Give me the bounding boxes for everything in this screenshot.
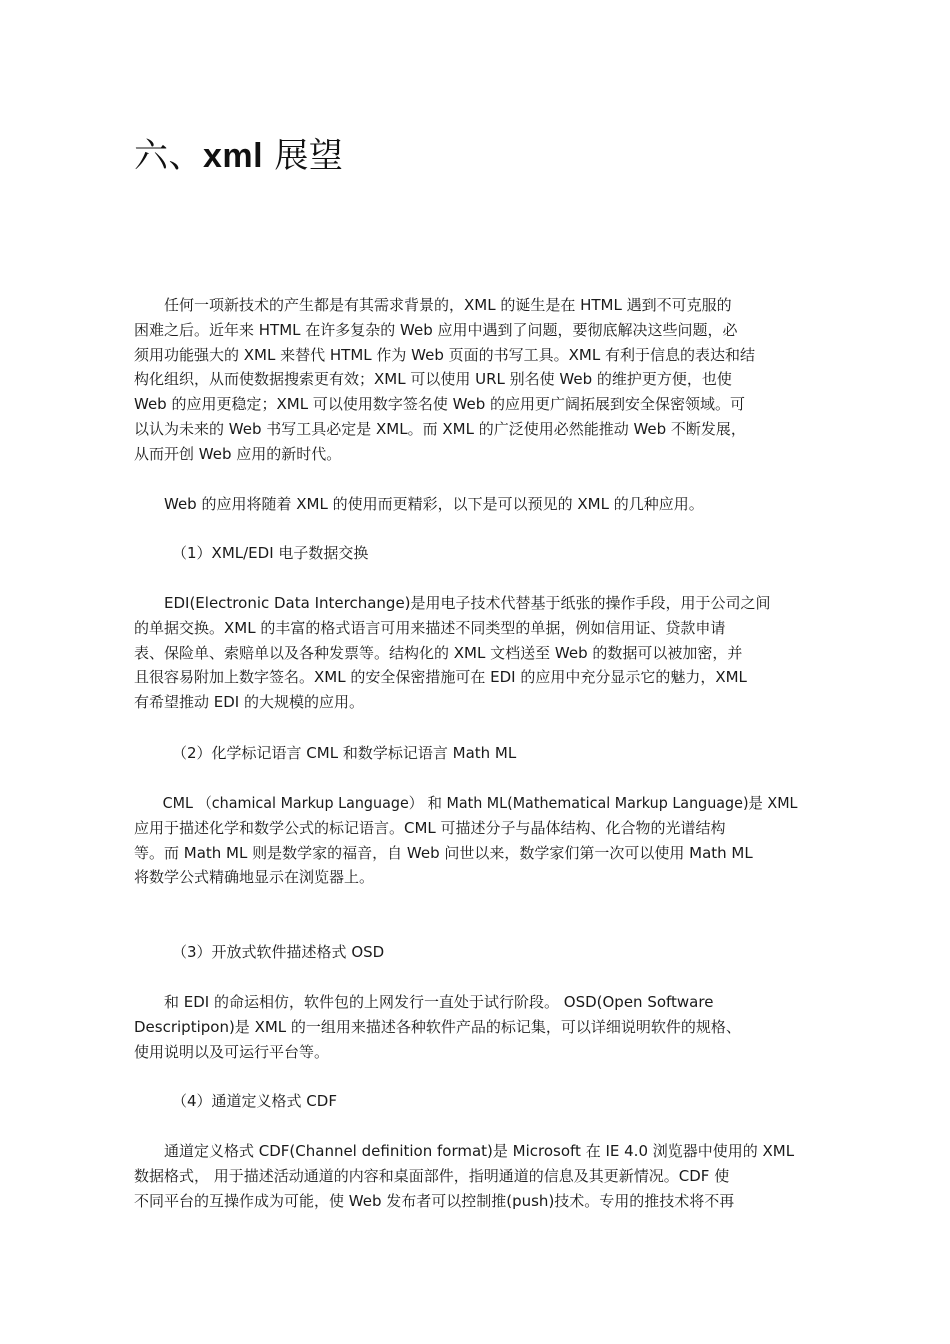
text-line: 以认为未来的 Web 书写工具必定是 XML。而 XML 的广泛使用必然能推动 … (134, 417, 798, 442)
text-line: 困难之后。近年来 HTML 在许多复杂的 Web 应用中遇到了问题，要彻底解决这… (134, 318, 798, 343)
text-line: 等。而 Math ML 则是数学家的福音，自 Web 问世以来，数学家们第一次可… (134, 841, 798, 866)
section-heading-osd: （3）开放式软件描述格式 OSD (172, 940, 384, 965)
text-line: Web 的应用将随着 XML 的使用而更精彩，以下是可以预见的 XML 的几种应… (134, 492, 798, 517)
text-line: 须用功能强大的 XML 来替代 HTML 作为 Web 页面的书写工具。XML … (134, 343, 798, 368)
section-heading-cdf: （4）通道定义格式 CDF (172, 1089, 337, 1114)
text-line: CML （chamical Markup Language） 和 Math ML… (134, 791, 767, 816)
section-heading-edi: （1）XML/EDI 电子数据交换 (172, 541, 368, 566)
edi-paragraph: EDI(Electronic Data Interchange)是用电子技术代替… (134, 591, 798, 715)
text-line: 且很容易附加上数字签名。XML 的安全保密措施可在 EDI 的应用中充分显示它的… (134, 665, 798, 690)
text-line: 使用说明以及可运行平台等。 (134, 1040, 798, 1065)
text-line: 任何一项新技术的产生都是有其需求背景的，XML 的诞生是在 HTML 遇到不可克… (134, 293, 798, 318)
text-line: Web 的应用更稳定；XML 可以使用数字签名使 Web 的应用更广阔拓展到安全… (134, 392, 798, 417)
section-heading-cml: （2）化学标记语言 CML 和数学标记语言 Math ML (172, 741, 516, 766)
osd-paragraph: 和 EDI 的命运相仿，软件包的上网发行一直处于试行阶段。 OSD(Open S… (134, 990, 798, 1064)
text-line: 和 EDI 的命运相仿，软件包的上网发行一直处于试行阶段。 OSD(Open S… (134, 990, 798, 1015)
text-line: 不同平台的互操作成为可能，使 Web 发布者可以控制推(push)技术。专用的推… (134, 1189, 798, 1214)
text-line: 的单据交换。XML 的丰富的格式语言可用来描述不同类型的单据，例如信用证、贷款申… (134, 616, 798, 641)
intro-paragraph: 任何一项新技术的产生都是有其需求背景的，XML 的诞生是在 HTML 遇到不可克… (134, 293, 798, 467)
text-line: 从而开创 Web 应用的新时代。 (134, 442, 798, 467)
cdf-paragraph: 通道定义格式 CDF(Channel definition format)是 M… (134, 1139, 798, 1213)
text-line: 数据格式， 用于描述活动通道的内容和桌面部件，指明通道的信息及其更新情况。CDF… (134, 1164, 798, 1189)
page-title: 六、xml 展望 (134, 128, 343, 177)
cml-paragraph: CML （chamical Markup Language） 和 Math ML… (134, 791, 798, 890)
title-latin: xml (203, 137, 263, 175)
text-line: 通道定义格式 CDF(Channel definition format)是 M… (134, 1139, 798, 1164)
text-line: 表、保险单、索赔单以及各种发票等。结构化的 XML 文档送至 Web 的数据可以… (134, 641, 798, 666)
text-line: 应用于描述化学和数学公式的标记语言。CML 可描述分子与晶体结构、化合物的光谱结… (134, 816, 798, 841)
title-suffix: 展望 (263, 136, 343, 176)
text-line: Descriptipon)是 XML 的一组用来描述各种软件产品的标记集，可以详… (134, 1015, 798, 1040)
text-line: 构化组织，从而使数据搜索更有效；XML 可以使用 URL 别名使 Web 的维护… (134, 367, 798, 392)
title-prefix: 六、 (134, 136, 203, 176)
text-line: 将数学公式精确地显示在浏览器上。 (134, 865, 798, 890)
text-line: 有希望推动 EDI 的大规模的应用。 (134, 690, 798, 715)
text-line: EDI(Electronic Data Interchange)是用电子技术代替… (134, 591, 798, 616)
applications-intro-paragraph: Web 的应用将随着 XML 的使用而更精彩，以下是可以预见的 XML 的几种应… (134, 492, 798, 517)
